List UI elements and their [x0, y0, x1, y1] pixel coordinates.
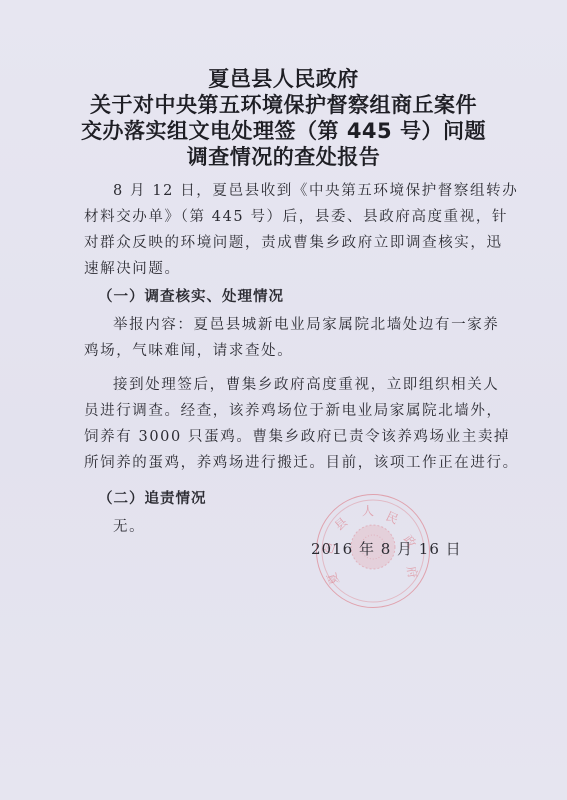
text-line: 材料交办单》（第 445 号）后，县委、县政府高度重视，针	[84, 204, 496, 230]
text-line: 举报内容：夏邑县城新电业局家属院北墙处边有一家养	[84, 312, 496, 338]
text-line: 所饲养的蛋鸡，养鸡场进行搬迁。目前，该项工作正在进行。	[84, 450, 496, 476]
title-line: 交办落实组文电处理签（第 445 号）问题	[0, 118, 567, 144]
text-line: 8 月 12 日，夏邑县收到《中央第五环境保护督察组转办	[84, 178, 496, 204]
document-date: 2016 年 8 月 16 日	[311, 538, 462, 559]
title-line: 调查情况的查处报告	[0, 144, 567, 170]
document-page: 夏邑县人民政府 关于对中央第五环境保护督察组商丘案件 交办落实组文电处理签（第 …	[0, 0, 567, 800]
svg-text:人: 人	[362, 504, 374, 518]
intro-paragraph: 8 月 12 日，夏邑县收到《中央第五环境保护督察组转办 材料交办单》（第 44…	[84, 178, 496, 282]
report-paragraph: 举报内容：夏邑县城新电业局家属院北墙处边有一家养 鸡场，气味难闻，请求查处。	[84, 312, 496, 364]
text-line: 接到处理签后，曹集乡政府高度重视，立即组织相关人	[84, 372, 496, 398]
section-heading-accountability: （二）追责情况	[84, 486, 496, 512]
document-body: 8 月 12 日，夏邑县收到《中央第五环境保护督察组转办 材料交办单》（第 44…	[84, 178, 496, 540]
accountability-content: 无。	[84, 514, 496, 540]
result-paragraph: 接到处理签后，曹集乡政府高度重视，立即组织相关人 员进行调查。经查，该养鸡场位于…	[84, 372, 496, 476]
document-title: 夏邑县人民政府 关于对中央第五环境保护督察组商丘案件 交办落实组文电处理签（第 …	[0, 66, 567, 170]
text-line: 饲养有 3000 只蛋鸡。曹集乡政府已责令该养鸡场业主卖掉	[84, 424, 496, 450]
text-line: 对群众反映的环境问题，责成曹集乡政府立即调查核实，迅	[84, 230, 496, 256]
svg-text:府: 府	[404, 565, 420, 579]
text-line: 鸡场，气味难闻，请求查处。	[84, 338, 496, 364]
svg-text:民: 民	[384, 509, 401, 527]
title-line: 夏邑县人民政府	[0, 66, 567, 92]
text-line: 员进行调查。经查，该养鸡场位于新电业局家属院北墙外，	[84, 398, 496, 424]
text-line: 速解决问题。	[84, 256, 496, 282]
title-line: 关于对中央第五环境保护督察组商丘案件	[0, 92, 567, 118]
section-heading-investigation: （一）调查核实、处理情况	[84, 284, 496, 310]
